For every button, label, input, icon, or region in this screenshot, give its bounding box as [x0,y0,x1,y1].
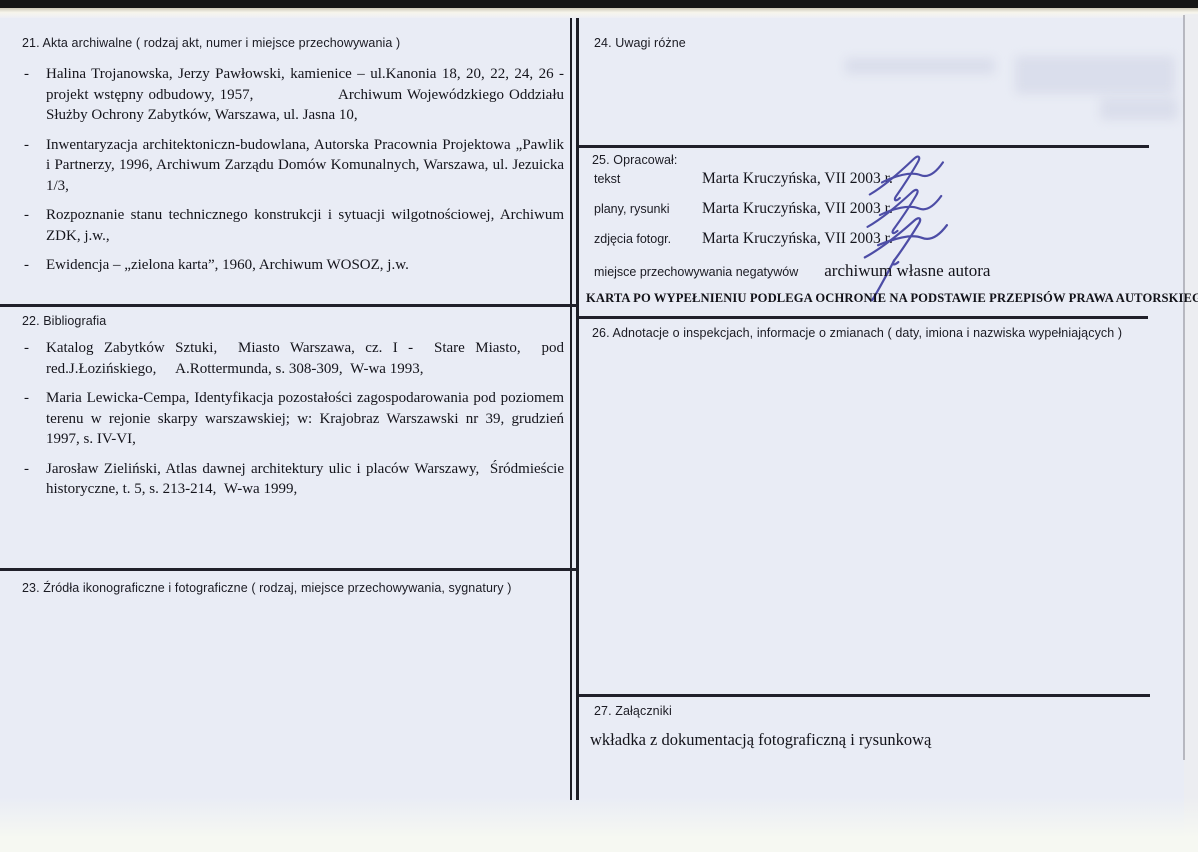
list-item-text: Inwentaryzacja architektoniczn-budowlana… [46,135,564,197]
authored-row-value: Marta Kruczyńska, VII 2003 r. [702,200,893,218]
section-divider [579,145,1149,148]
section-27-title: 27. Załączniki [594,704,672,718]
list-item: - Jarosław Zieliński, Atlas dawnej archi… [24,459,564,500]
negatives-row: miejsce przechowywania negatywów archiwu… [594,261,990,281]
authored-row-label: plany, rysunki [594,202,702,216]
list-item: - Maria Lewicka-Cempa, Identyfikacja poz… [24,388,564,450]
copyright-notice: KARTA PO WYPEŁNIENIU PODLEGA OCHRONIE NA… [586,291,1152,306]
bullet-dash: - [24,64,46,126]
list-item-text: Katalog Zabytków Sztuki, Miasto Warszawa… [46,338,564,379]
bullet-dash: - [24,388,46,450]
torn-paper-edge [0,8,1198,18]
list-item: - Katalog Zabytków Sztuki, Miasto Warsza… [24,338,564,379]
page-edge-line [1183,15,1185,760]
scan-top-bar [0,0,1198,8]
negatives-label: miejsce przechowywania negatywów [594,265,798,279]
authored-row: zdjęcia fotogr. Marta Kruczyńska, VII 20… [594,230,1154,260]
page-right-margin [1184,14,1198,852]
list-item: - Rozpoznanie stanu technicznego konstru… [24,205,564,246]
section-divider [579,316,1148,319]
authored-row-value: Marta Kruczyńska, VII 2003 r. [702,170,893,188]
column-divider-line [576,18,579,800]
list-item-text: Halina Trojanowska, Jerzy Pawłowski, kam… [46,64,564,126]
authored-row-label: tekst [594,172,702,186]
section-divider [0,304,577,307]
authored-row-label: zdjęcia fotogr. [594,232,702,246]
list-item: - Halina Trojanowska, Jerzy Pawłowski, k… [24,64,564,126]
section-divider [0,568,577,571]
bullet-dash: - [24,205,46,246]
section-22-title: 22. Bibliografia [22,314,106,328]
bullet-dash: - [24,338,46,379]
ink-bleedthrough [1100,98,1178,120]
list-item-text: Jarosław Zieliński, Atlas dawnej archite… [46,459,564,500]
authored-row: tekst Marta Kruczyńska, VII 2003 r. [594,170,1154,200]
section-21-list: - Halina Trojanowska, Jerzy Pawłowski, k… [24,64,564,285]
section-25-rows: tekst Marta Kruczyńska, VII 2003 r. plan… [594,170,1154,260]
attachments-text: wkładka z dokumentacją fotograficzną i r… [590,730,931,750]
section-25-title: 25. Opracował: [592,153,677,167]
authored-row-value: Marta Kruczyńska, VII 2003 r. [702,230,893,248]
bullet-dash: - [24,135,46,197]
bullet-dash: - [24,255,46,276]
bullet-dash: - [24,459,46,500]
list-item-text: Rozpoznanie stanu technicznego konstrukc… [46,205,564,246]
ink-bleedthrough [1015,56,1175,94]
list-item-text: Maria Lewicka-Cempa, Identyfikacja pozos… [46,388,564,450]
authored-row: plany, rysunki Marta Kruczyńska, VII 200… [594,200,1154,230]
list-item: - Ewidencja – „zielona karta”, 1960, Arc… [24,255,564,276]
ink-bleedthrough [845,58,995,74]
section-23-title: 23. Źródła ikonograficzne i fotograficzn… [22,581,511,595]
list-item-text: Ewidencja – „zielona karta”, 1960, Archi… [46,255,564,276]
section-24-title: 24. Uwagi różne [594,36,686,50]
column-divider-line [570,18,572,800]
section-26-title: 26. Adnotacje o inspekcjach, informacje … [592,326,1122,340]
scanned-record-card: 21. Akta archiwalne ( rodzaj akt, numer … [0,0,1198,852]
section-22-list: - Katalog Zabytków Sztuki, Miasto Warsza… [24,338,564,509]
negatives-value: archiwum własne autora [824,261,990,281]
scan-bottom-fade [0,797,1198,852]
list-item: - Inwentaryzacja architektoniczn-budowla… [24,135,564,197]
section-21-title: 21. Akta archiwalne ( rodzaj akt, numer … [22,36,400,50]
section-divider [579,694,1150,697]
